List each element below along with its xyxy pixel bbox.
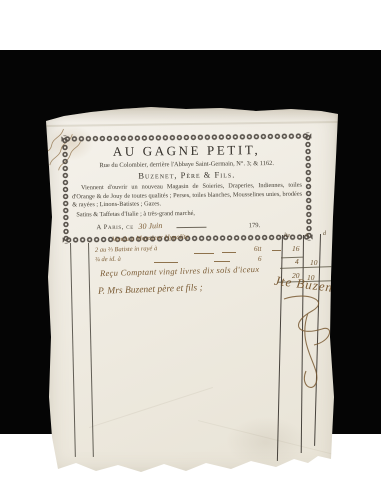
letterhead-body-text-2: Satins & Taffetas d'Italie ; à très-gran… — [72, 209, 302, 219]
tally-rule-1 — [281, 257, 303, 259]
letterhead-content: AU GAGNE PETIT, Rue du Colombier, derriè… — [71, 142, 302, 232]
scan-background: AU GAGNE PETIT, Rue du Colombier, derriè… — [0, 50, 381, 434]
ink-dash — [214, 261, 230, 262]
item-row-2-sols: 10 — [310, 258, 318, 267]
item-row-2-livres: 4 — [295, 257, 299, 266]
item-row-2-desc: ¾ de id. à — [95, 256, 121, 264]
shop-address: Rue du Colombier, derrière l'Abbaye Sain… — [72, 160, 302, 170]
shop-title: AU GAGNE PETIT, — [71, 142, 301, 161]
per-procuration-line: P. Mrs Buzenet père et fils ; — [98, 283, 203, 297]
chain-border-left — [61, 135, 69, 243]
ink-dash — [222, 252, 236, 253]
paper-fold-shade — [46, 107, 338, 122]
item-row-2-price: 6 — [258, 255, 262, 263]
dateline-dash — [177, 227, 207, 228]
letterhead-body-text: Viennent d'ouvrir un nouveau Magasin de … — [72, 182, 302, 211]
ink-dash — [272, 250, 281, 251]
ink-dash — [194, 253, 214, 254]
column-header-deniers: d — [323, 231, 326, 237]
paper-stain — [226, 417, 306, 467]
scan-page: AU GAGNE PETIT, Rue du Colombier, derriè… — [0, 0, 381, 492]
proprietor-name: Buzenet, Père & Fils. — [72, 169, 302, 182]
chain-border-right — [304, 132, 312, 240]
tally-rule-2 — [280, 266, 332, 269]
receipt-line: Reçu Comptant vingt livres dix sols d'ic… — [100, 264, 260, 278]
dateline: A Paris, ce 30 Juin 179. — [96, 220, 302, 232]
column-header-sols: s — [306, 232, 308, 238]
dateline-handwritten-date: 30 Juin — [139, 221, 163, 231]
column-header-livres: liv. — [284, 233, 291, 239]
ink-dash — [154, 262, 178, 263]
letterhead-box: AU GAGNE PETIT, Rue du Colombier, derriè… — [61, 132, 312, 243]
paper-crease — [89, 387, 213, 428]
dateline-year: 179. — [249, 222, 261, 229]
item-row-1-livres: 16 — [292, 244, 300, 253]
item-row-1-desc: 2 au ⅔ Batiste in rayé à — [95, 245, 157, 254]
dateline-prefix: A Paris, ce — [96, 224, 133, 231]
invoice-paper: AU GAGNE PETIT, Rue du Colombier, derriè… — [46, 107, 338, 475]
signature-flourish — [278, 293, 338, 393]
margin-rule-left-1 — [70, 243, 76, 457]
margin-rule-left-2 — [88, 243, 94, 457]
item-row-1-price: 6tt — [254, 245, 261, 253]
